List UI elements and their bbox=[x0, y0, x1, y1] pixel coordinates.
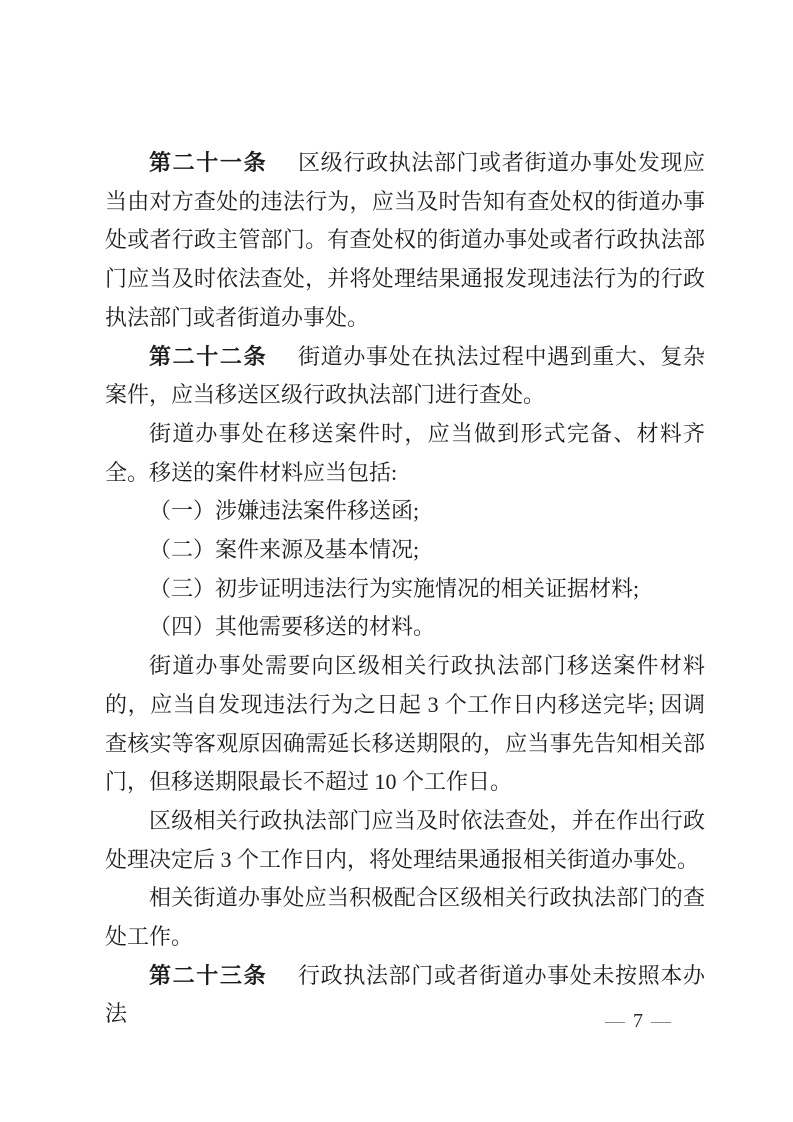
document-page: 第二十一条区级行政执法部门或者街道办事处发现应当由对方查处的违法行为，应当及时告… bbox=[0, 0, 793, 1122]
paragraph-text: 街道办事处需要向区级相关行政执法部门移送案件材料的，应当自发现违法行为之日起 3… bbox=[105, 653, 705, 794]
document-body: 第二十一条区级行政执法部门或者街道办事处发现应当由对方查处的违法行为，应当及时告… bbox=[105, 144, 705, 1034]
list-item-4-text: （四）其他需要移送的材料。 bbox=[149, 614, 435, 639]
list-item-2: （二）案件来源及基本情况; bbox=[105, 531, 705, 570]
list-item-4: （四）其他需要移送的材料。 bbox=[105, 608, 705, 647]
paragraph-text: 街道办事处在移送案件时，应当做到形式完备、材料齐全。移送的案件材料应当包括: bbox=[105, 421, 705, 485]
paragraph-article-21: 第二十一条区级行政执法部门或者街道办事处发现应当由对方查处的违法行为，应当及时告… bbox=[105, 144, 705, 338]
paragraph-district-handling: 区级相关行政执法部门应当及时依法查处，并在作出行政处理决定后 3 个工作日内，将… bbox=[105, 802, 705, 879]
list-item-3: （三）初步证明违法行为实施情况的相关证据材料; bbox=[105, 570, 705, 609]
paragraph-transfer-deadline: 街道办事处需要向区级相关行政执法部门移送案件材料的，应当自发现违法行为之日起 3… bbox=[105, 647, 705, 802]
article-21-text: 区级行政执法部门或者街道办事处发现应当由对方查处的违法行为，应当及时告知有查处权… bbox=[105, 150, 705, 330]
paragraph-text: 相关街道办事处应当积极配合区级相关行政执法部门的查处工作。 bbox=[105, 885, 705, 949]
list-item-1: （一）涉嫌违法案件移送函; bbox=[105, 492, 705, 531]
list-item-1-text: （一）涉嫌违法案件移送函; bbox=[149, 498, 419, 523]
paragraph-article-22: 第二十二条街道办事处在执法过程中遇到重大、复杂案件，应当移送区级行政执法部门进行… bbox=[105, 338, 705, 415]
page-number-value: 7 bbox=[633, 1010, 643, 1032]
list-item-2-text: （二）案件来源及基本情况; bbox=[149, 537, 419, 562]
paragraph-text: 区级相关行政执法部门应当及时依法查处，并在作出行政处理决定后 3 个工作日内，将… bbox=[105, 808, 705, 872]
article-22-number: 第二十二条 bbox=[149, 344, 267, 369]
page-number-dash-left: — bbox=[605, 1010, 625, 1032]
paragraph-cooperation: 相关街道办事处应当积极配合区级相关行政执法部门的查处工作。 bbox=[105, 879, 705, 956]
page-number-dash-right: — bbox=[651, 1010, 671, 1032]
article-21-number: 第二十一条 bbox=[149, 150, 267, 175]
list-item-3-text: （三）初步证明违法行为实施情况的相关证据材料; bbox=[149, 576, 639, 601]
article-23-number: 第二十三条 bbox=[149, 963, 267, 988]
paragraph-transfer-requirements: 街道办事处在移送案件时，应当做到形式完备、材料齐全。移送的案件材料应当包括: bbox=[105, 415, 705, 492]
page-number: —7— bbox=[588, 1006, 688, 1036]
